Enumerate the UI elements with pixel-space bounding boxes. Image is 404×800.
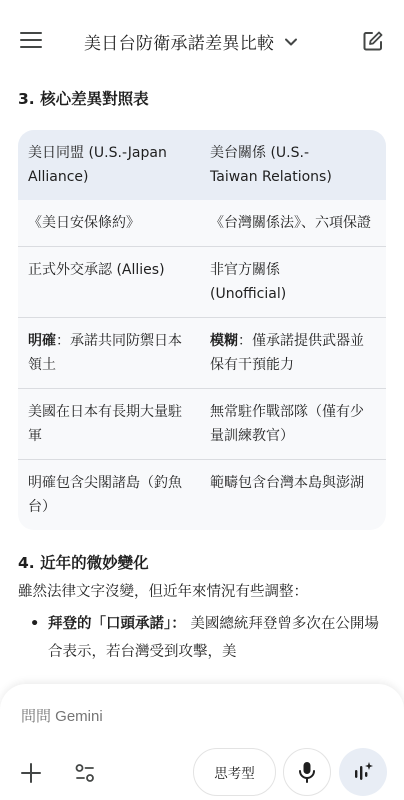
table-cell-japan: 《美日安保條約》: [18, 200, 202, 246]
bullet-text: 拜登的「口頭承諾」： 美國總統拜登曾多次在公開場合表示，若台灣受到攻擊，美: [48, 610, 386, 666]
table-cell-japan: 明確包含尖閣諸島（釣魚台）: [18, 460, 202, 530]
column-header-japan: 美日同盟 (U.S.-Japan Alliance): [18, 130, 202, 200]
table-cell-taiwan: 非官方關係 (Unofficial): [202, 247, 386, 317]
tools-sliders-icon[interactable]: [74, 762, 96, 784]
table-cell-taiwan: 範疇包含台灣本島與澎湖: [202, 460, 386, 530]
gemini-live-icon: [351, 760, 375, 784]
table-row: 美國在日本有長期大量駐軍 無常駐作戰部隊（僅有少量訓練教官）: [18, 389, 386, 460]
response-content: 3. 核心差異對照表 美日同盟 (U.S.-Japan Alliance) 美台…: [18, 86, 386, 666]
chat-composer: 思考型: [0, 684, 404, 800]
conversation-title-dropdown[interactable]: 美日台防衛承諾差異比較: [84, 29, 298, 54]
conversation-title: 美日台防衛承諾差異比較: [84, 29, 274, 54]
section-4-heading: 4. 近年的微妙變化: [18, 550, 386, 576]
table-cell-japan: 明確：承諾共同防禦日本領土: [18, 318, 202, 388]
plus-icon[interactable]: [20, 762, 42, 784]
table-cell-japan: 美國在日本有長期大量駐軍: [18, 389, 202, 459]
section-4-intro: 雖然法律文字沒變，但近年來情況有些調整：: [18, 578, 386, 606]
table-cell-taiwan: 模糊：僅承諾提供武器並保有干預能力: [202, 318, 386, 388]
chevron-down-icon: [284, 35, 298, 49]
table-cell-japan: 正式外交承認 (Allies): [18, 247, 202, 317]
table-cell-taiwan: 《台灣關係法》、六項保證: [202, 200, 386, 246]
edit-icon[interactable]: [362, 30, 384, 52]
table-row: 明確包含尖閣諸島（釣魚台） 範疇包含台灣本島與澎湖: [18, 460, 386, 530]
top-bar: 美日台防衛承諾差異比較: [0, 0, 404, 80]
emphasis-text: 明確: [28, 333, 56, 349]
thinking-mode-button[interactable]: 思考型: [193, 748, 276, 796]
bullet-emphasis: 拜登的「口頭承諾」：: [48, 616, 186, 632]
microphone-icon: [298, 761, 316, 783]
emphasis-text: 模糊: [210, 333, 238, 349]
section-3-heading: 3. 核心差異對照表: [18, 86, 386, 112]
table-row: 《美日安保條約》 《台灣關係法》、六項保證: [18, 200, 386, 247]
table-cell-taiwan: 無常駐作戰部隊（僅有少量訓練教官）: [202, 389, 386, 459]
column-header-taiwan: 美台關係 (U.S.-Taiwan Relations): [202, 130, 386, 200]
prompt-input[interactable]: [21, 708, 381, 725]
list-item: • 拜登的「口頭承諾」： 美國總統拜登曾多次在公開場合表示，若台灣受到攻擊，美: [18, 610, 386, 666]
microphone-button[interactable]: [283, 748, 331, 796]
hamburger-menu-icon[interactable]: [20, 32, 42, 50]
table-header-row: 美日同盟 (U.S.-Japan Alliance) 美台關係 (U.S.-Ta…: [18, 130, 386, 200]
table-row: 正式外交承認 (Allies) 非官方關係 (Unofficial): [18, 247, 386, 318]
gemini-live-button[interactable]: [339, 748, 387, 796]
comparison-table: 美日同盟 (U.S.-Japan Alliance) 美台關係 (U.S.-Ta…: [18, 130, 386, 530]
table-row: 明確：承諾共同防禦日本領土 模糊：僅承諾提供武器並保有干預能力: [18, 318, 386, 389]
bullet-icon: •: [18, 610, 48, 666]
